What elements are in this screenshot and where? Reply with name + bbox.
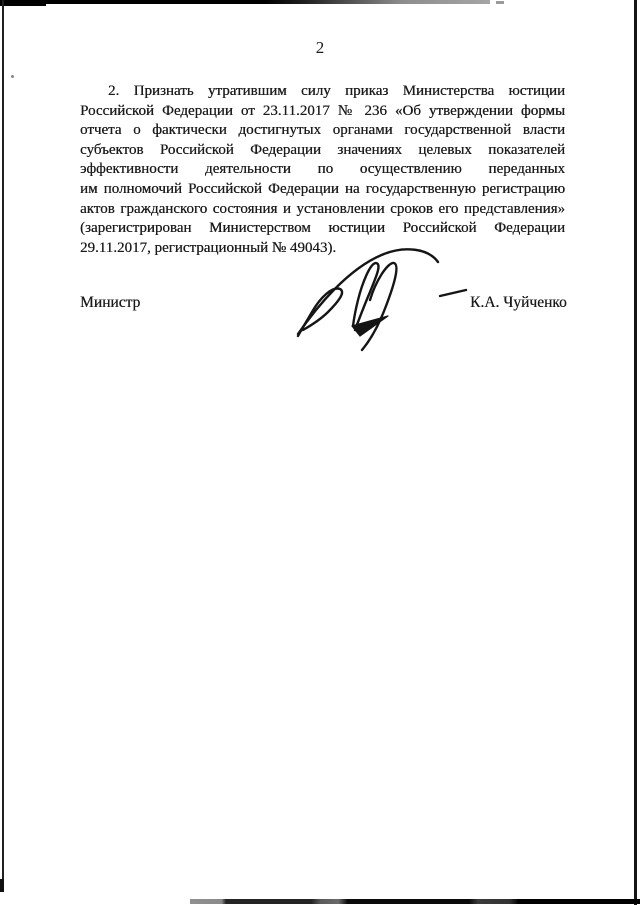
scan-artifact-left-foot [0, 879, 4, 892]
paragraph-line: отчета о фактически достигнутых органами… [80, 121, 565, 141]
scanned-page: 2 2. Признать утратившим силу приказ Мин… [0, 0, 640, 905]
scan-artifact-top-left-edge [0, 0, 46, 6]
paragraph-line: актов гражданского состояния и установле… [80, 200, 565, 220]
paragraph-line: (зарегистрирован Министерством юстиции Р… [80, 219, 565, 239]
signer-title: Министр [80, 294, 140, 312]
scan-artifact-top-speck [496, 1, 504, 4]
signature-dash [440, 290, 466, 296]
order-paragraph: 2. Признать утратившим силу приказ Минис… [80, 82, 565, 258]
paragraph-line: субъектов Российской Федерации значениях… [80, 141, 565, 161]
signature-autograph [288, 246, 470, 352]
signature-stroke [298, 289, 342, 336]
paragraph-line: Российской Федерации от 23.11.2017 № 236… [80, 102, 565, 122]
scan-speck [11, 75, 14, 78]
scan-artifact-left-edge [2, 0, 4, 890]
scan-artifact-top-edge [0, 0, 490, 4]
paragraph-line: 2. Признать утратившим силу приказ Минис… [80, 82, 565, 102]
signature-stroke [352, 316, 388, 336]
signer-name: К.А. Чуйченко [470, 294, 567, 312]
scan-artifact-right-edge [634, 0, 637, 905]
scan-artifact-bottom-edge [190, 899, 640, 904]
paragraph-line: эффективности деятельности по осуществле… [80, 160, 565, 180]
paragraph-line: им полномочий Российской Федерации на го… [80, 180, 565, 200]
page-number: 2 [0, 38, 640, 58]
